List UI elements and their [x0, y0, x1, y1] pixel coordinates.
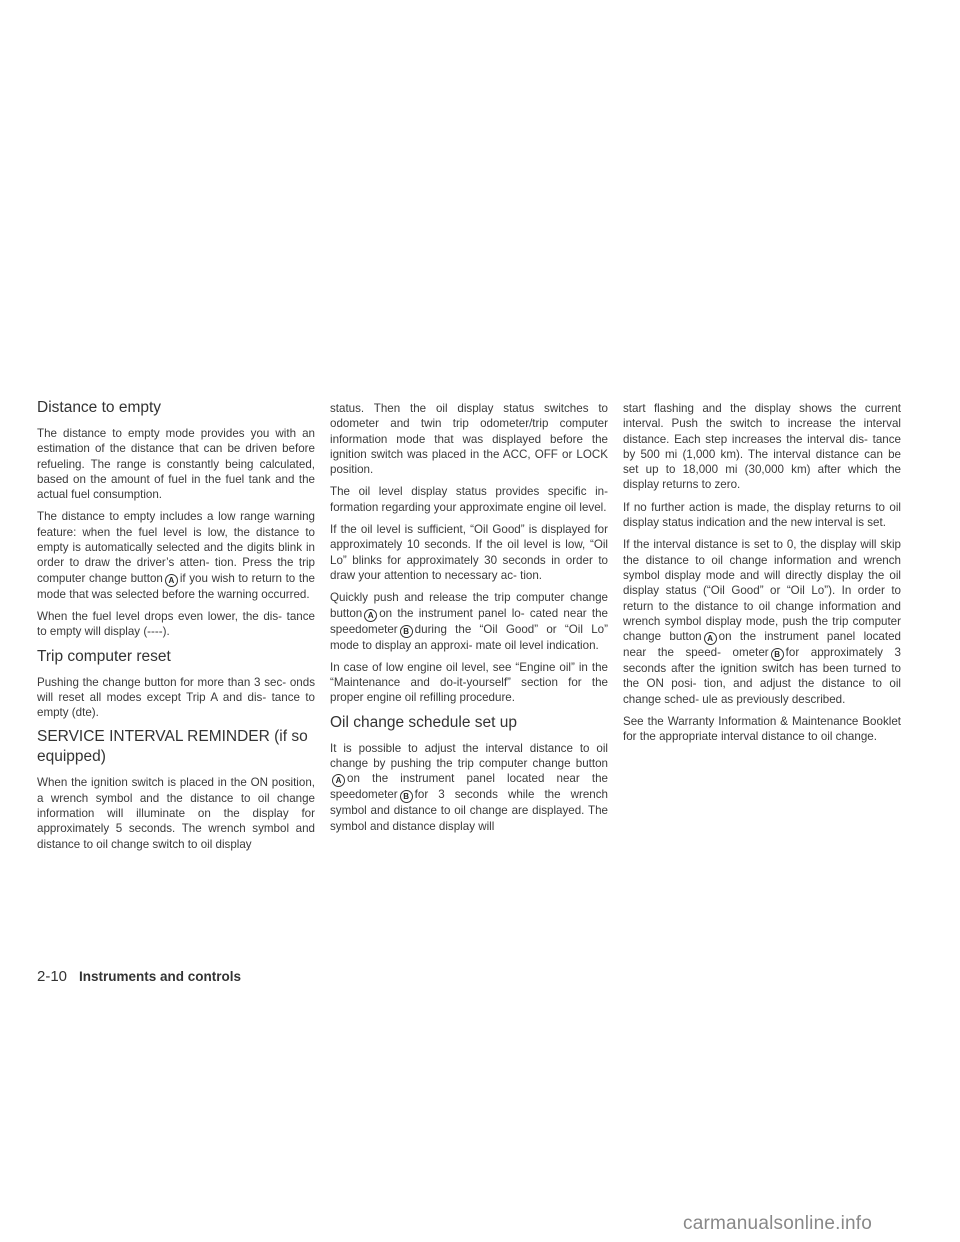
text: If the interval distance is set to 0, th…: [623, 538, 901, 643]
heading-oil-change-schedule: Oil change schedule set up: [330, 713, 608, 733]
paragraph: The distance to empty mode provides you …: [37, 426, 315, 502]
callout-b-icon: B: [400, 790, 413, 803]
column-3: start flashing and the display shows the…: [623, 401, 901, 752]
text: It is possible to adjust the interval di…: [330, 742, 608, 770]
paragraph: start flashing and the display shows the…: [623, 401, 901, 493]
paragraph: If the interval distance is set to 0, th…: [623, 537, 901, 707]
heading-distance-to-empty: Distance to empty: [37, 398, 315, 418]
callout-a-icon: A: [332, 774, 345, 787]
column-2: status. Then the oil display status swit…: [330, 401, 608, 841]
column-1: Distance to empty The distance to empty …: [37, 398, 315, 859]
paragraph: In case of low engine oil level, see “En…: [330, 660, 608, 706]
callout-b-icon: B: [400, 625, 413, 638]
callout-a-icon: A: [165, 574, 178, 587]
callout-a-icon: A: [364, 609, 377, 622]
paragraph: See the Warranty Information & Maintenan…: [623, 714, 901, 745]
paragraph: It is possible to adjust the interval di…: [330, 741, 608, 834]
paragraph: The distance to empty includes a low ran…: [37, 509, 315, 601]
paragraph: status. Then the oil display status swit…: [330, 401, 608, 477]
paragraph: The oil level display status provides sp…: [330, 484, 608, 515]
callout-a-icon: A: [704, 632, 717, 645]
paragraph: If the oil level is sufficient, “Oil Goo…: [330, 522, 608, 583]
paragraph: When the ignition switch is placed in th…: [37, 775, 315, 851]
section-title: Instruments and controls: [79, 969, 241, 984]
page-number: 2-10: [37, 968, 67, 985]
callout-b-icon: B: [771, 648, 784, 661]
heading-service-interval-reminder: SERVICE INTERVAL REMINDER (if so equippe…: [37, 727, 315, 767]
paragraph: When the fuel level drops even lower, th…: [37, 609, 315, 640]
heading-trip-computer-reset: Trip computer reset: [37, 647, 315, 667]
watermark: carmanualsonline.info: [683, 1213, 872, 1235]
paragraph: Quickly push and release the trip comput…: [330, 590, 608, 653]
page-footer: 2-10Instruments and controls: [37, 968, 241, 985]
paragraph: Pushing the change button for more than …: [37, 675, 315, 721]
paragraph: If no further action is made, the displa…: [623, 500, 901, 531]
